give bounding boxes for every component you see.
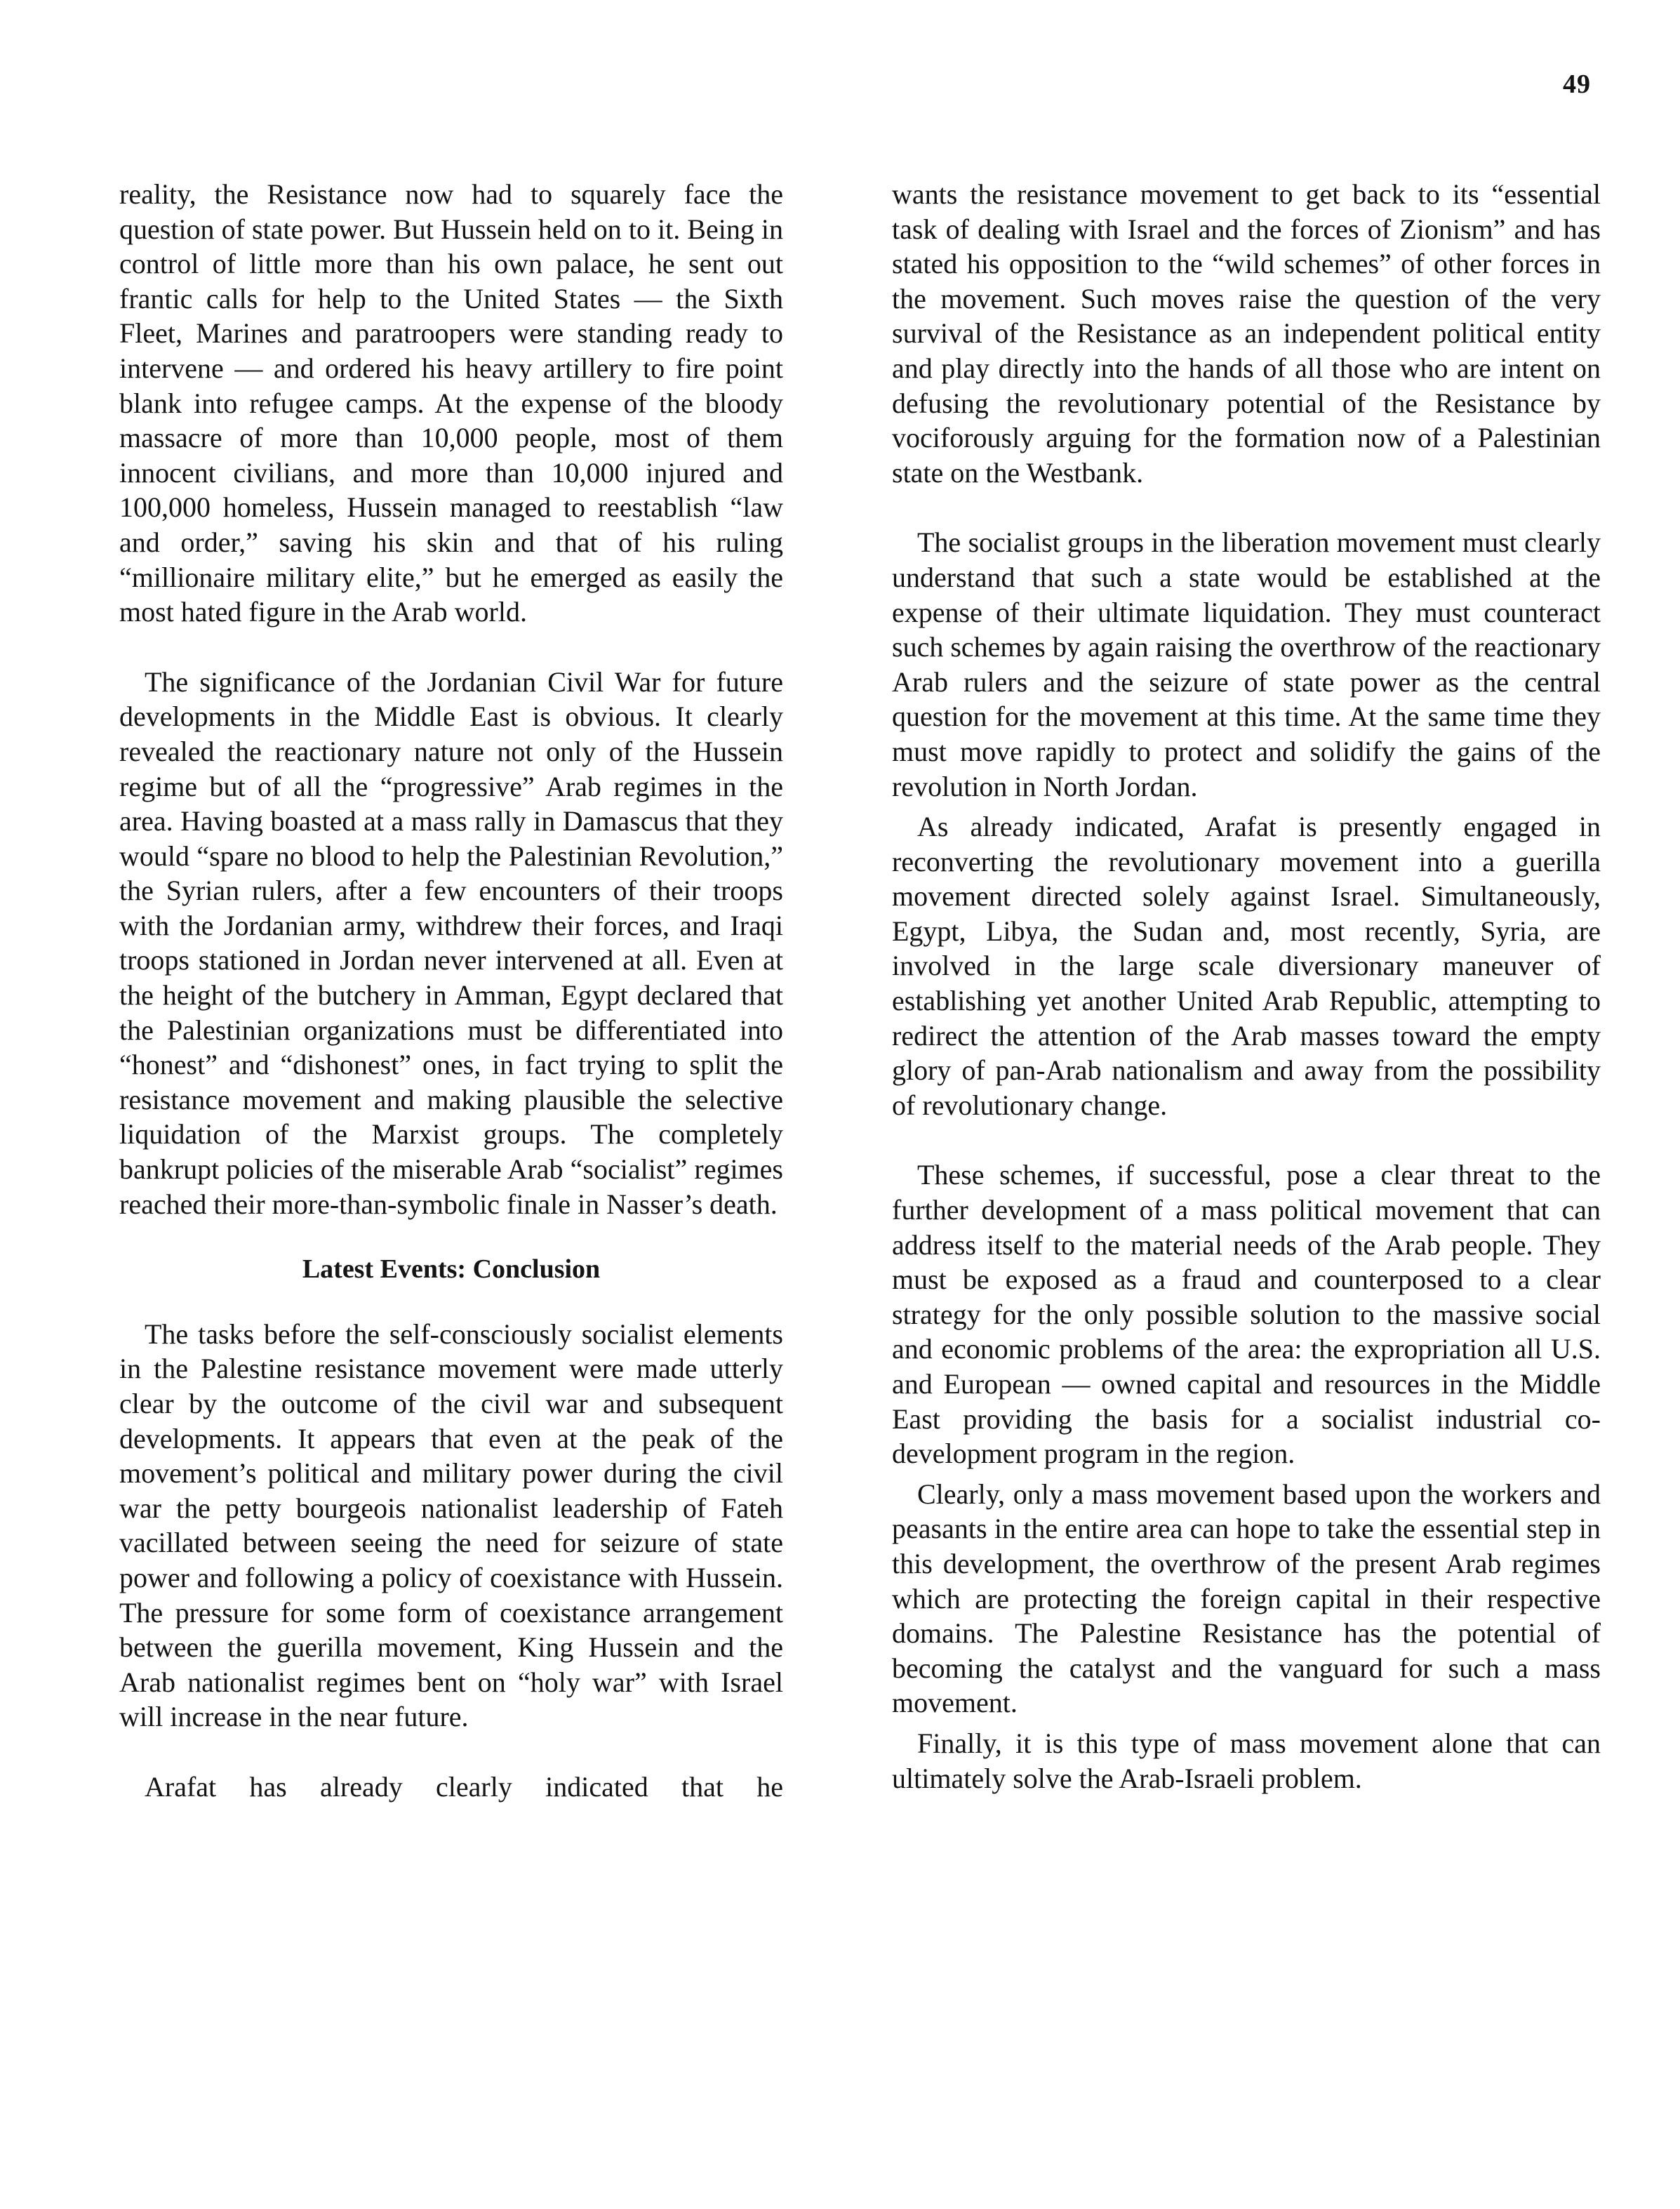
paragraph-arafat-start: Arafat has already clearly indicated tha… [119,1770,783,1805]
paragraph-tasks: The tasks before the self-consciously so… [119,1317,783,1734]
paragraph-arafat-continuation: wants the resistance movement to get bac… [892,177,1601,490]
right-column: wants the resistance movement to get bac… [892,177,1601,1796]
paragraph-finally: Finally, it is this type of mass movemen… [892,1726,1601,1796]
paragraph-already-indicated: As already indicated, Arafat is presentl… [892,809,1601,1122]
paragraph-jordanian-civil-war: The significance of the Jordanian Civil … [119,665,783,1222]
paragraph-mass-movement: Clearly, only a mass movement based upon… [892,1477,1601,1720]
section-heading: Latest Events: Conclusion [119,1252,783,1287]
page-number: 49 [1563,69,1591,100]
paragraph-continuation: reality, the Resistance now had to squar… [119,177,783,630]
paragraph-these-schemes: These schemes, if successful, pose a cle… [892,1157,1601,1471]
paragraph-socialist-groups: The socialist groups in the liberation m… [892,525,1601,804]
left-column: reality, the Resistance now had to squar… [119,177,783,1805]
